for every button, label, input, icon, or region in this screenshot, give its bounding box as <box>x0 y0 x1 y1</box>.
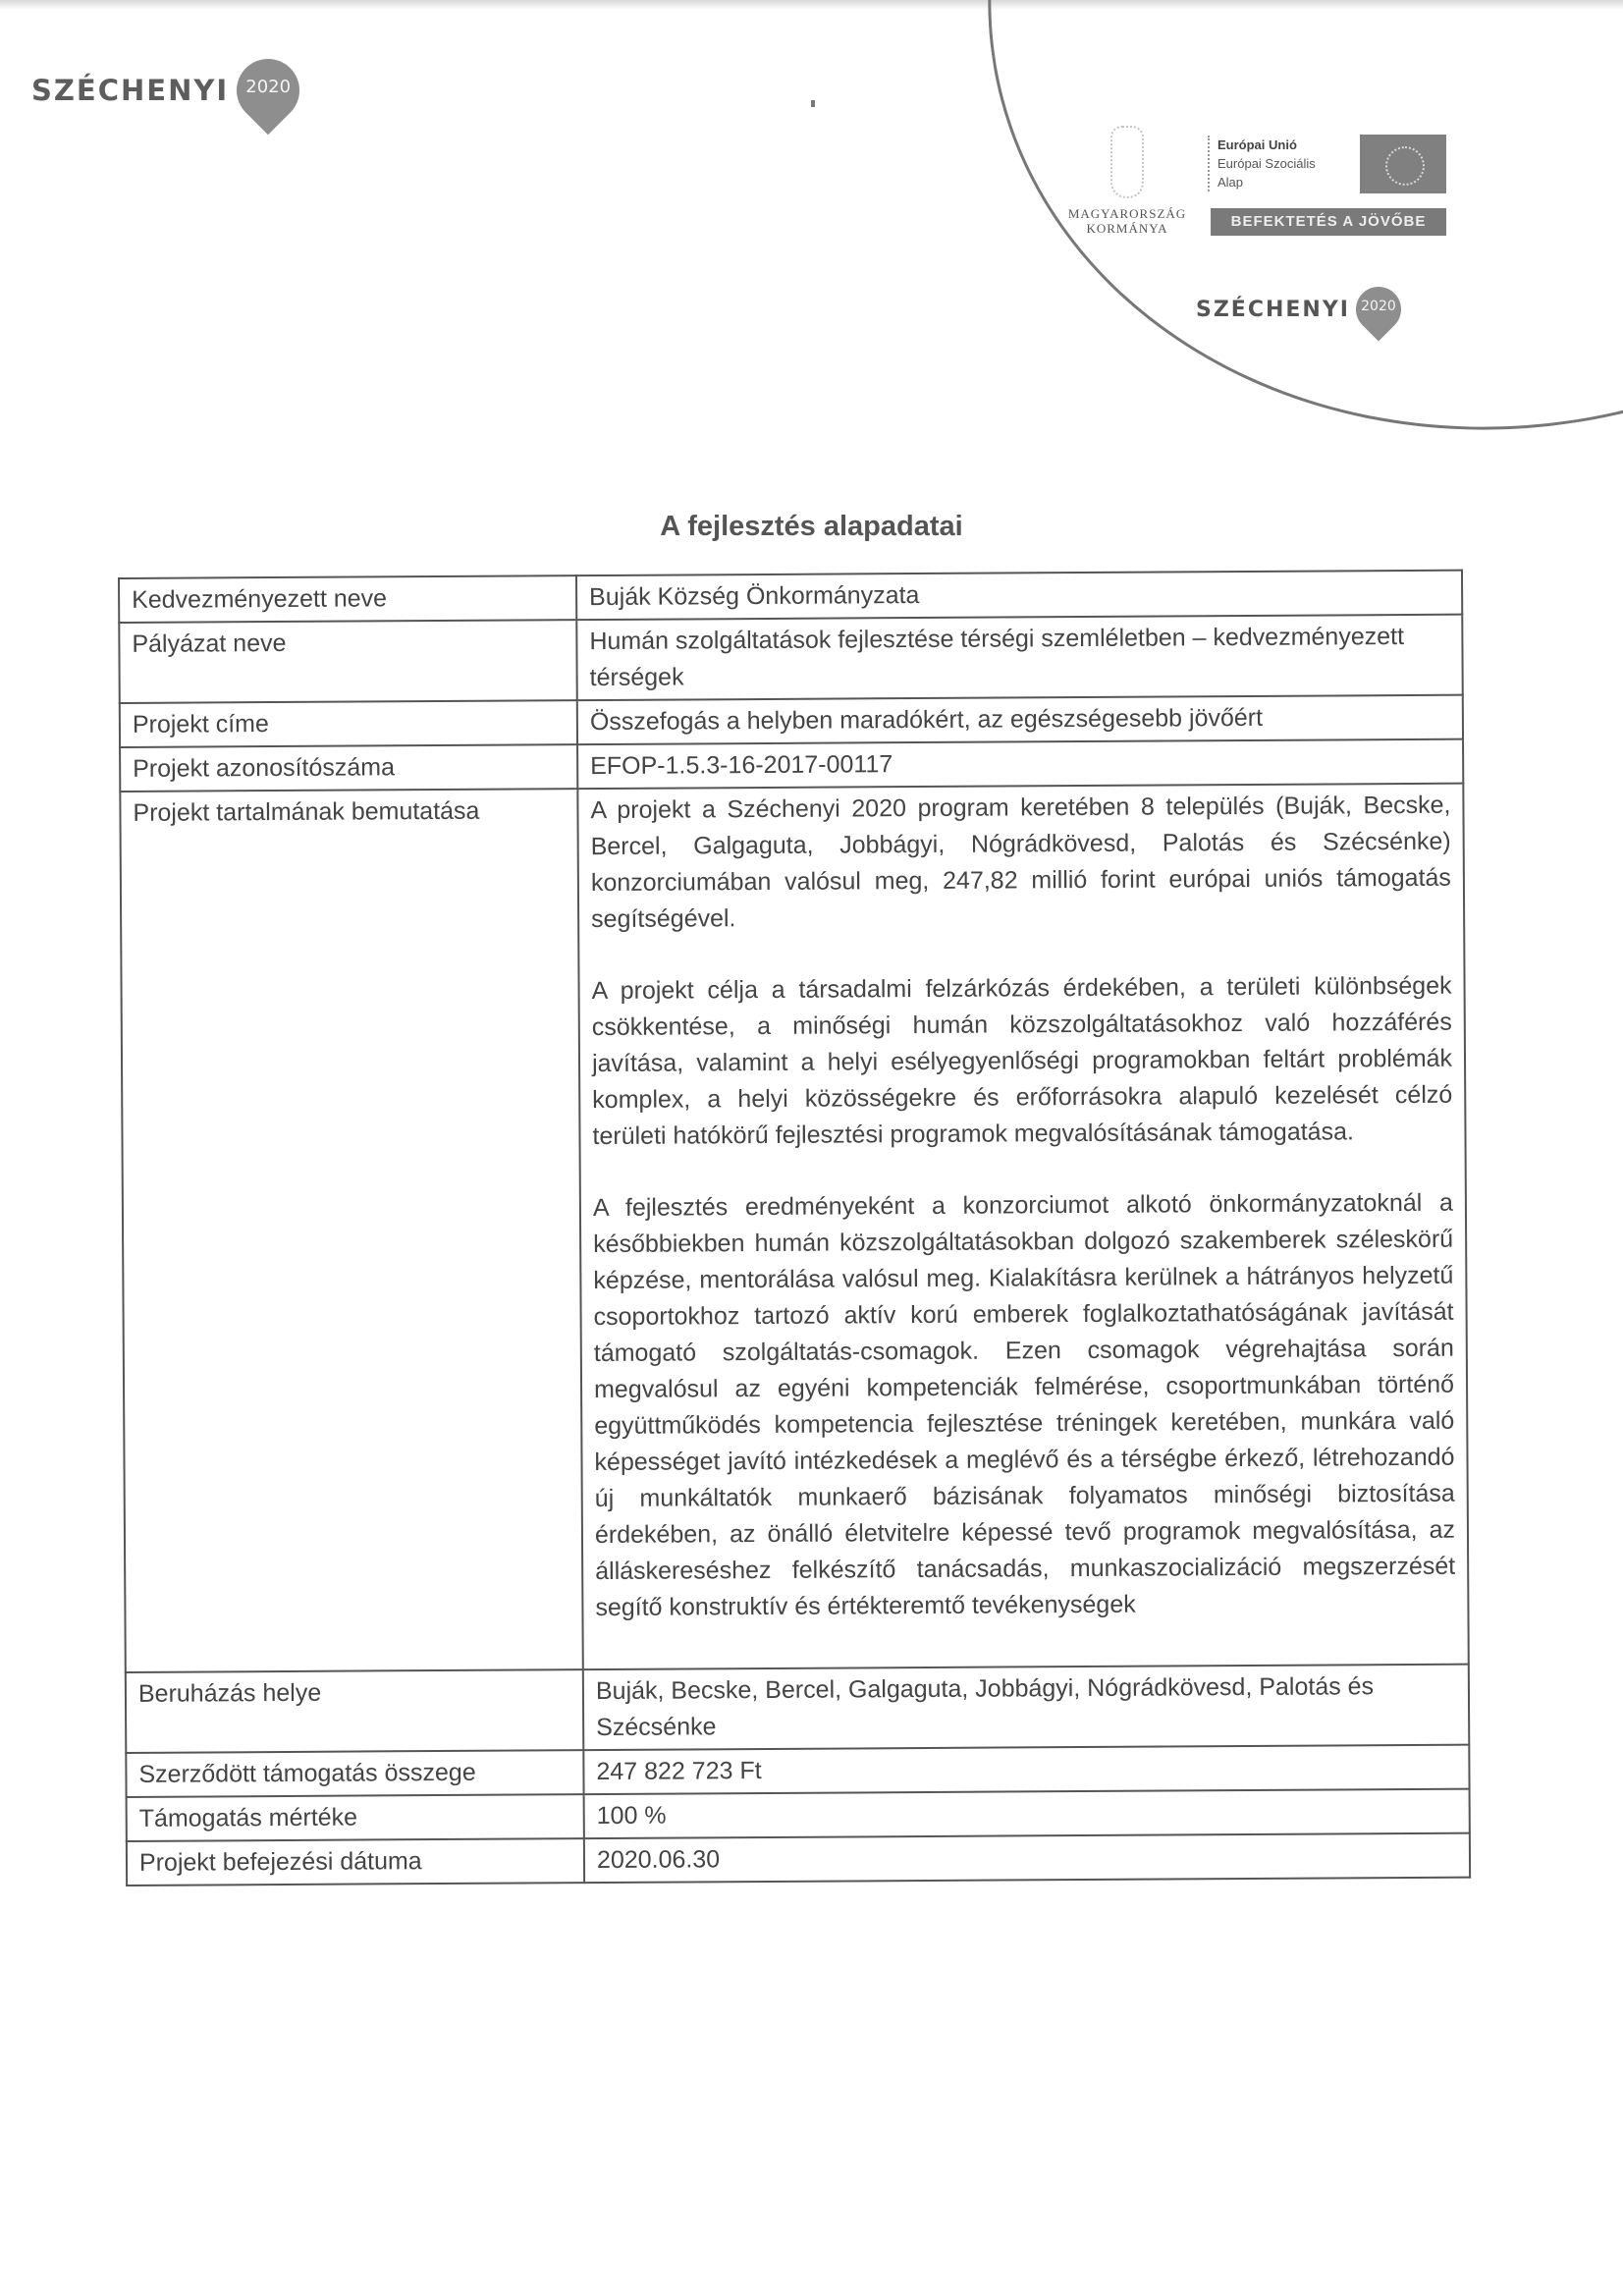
szechenyi-wordmark: SZÉCHENYI <box>31 74 229 107</box>
row-label: Pályázat neve <box>119 620 576 703</box>
eu-title: Európai Unió <box>1217 136 1316 154</box>
eu-line2: Európai Szociális <box>1217 154 1316 173</box>
szechenyi-logo-left: SZÉCHENYI 2020 <box>31 59 299 122</box>
table-row: Projekt befejezési dátuma 2020.06.30 <box>127 1833 1470 1886</box>
row-label: Projekt befejezési dátuma <box>127 1838 584 1886</box>
description-paragraph: A projekt célja a társadalmi felzárkózás… <box>591 968 1452 1155</box>
invest-banner: BEFEKTETÉS A JÖVŐBE <box>1211 208 1446 236</box>
project-data-table: Kedvezményezett neve Buják Község Önkorm… <box>118 570 1471 1886</box>
page-title: A fejlesztés alapadatai <box>0 511 1623 543</box>
eu-line3: Alap <box>1217 173 1316 191</box>
row-value: EFOP-1.5.3-16-2017-00117 <box>577 739 1463 790</box>
row-value: Buják, Becske, Bercel, Galgaguta, Jobbág… <box>583 1665 1469 1751</box>
project-description: A projekt a Széchenyi 2020 program keret… <box>577 784 1468 1669</box>
government-line2: KORMÁNYA <box>1058 221 1196 236</box>
description-paragraph: A projekt a Széchenyi 2020 program keret… <box>590 788 1451 938</box>
row-label: Beruházás helye <box>126 1669 583 1753</box>
szechenyi-logo-right: SZÉCHENYI 2020 <box>1196 287 1401 332</box>
row-value: 247 822 723 Ft <box>583 1745 1469 1795</box>
table-row: Pályázat neve Humán szolgáltatások fejle… <box>119 615 1462 703</box>
row-value: Buják Község Önkormányzata <box>576 571 1462 621</box>
row-value: 2020.06.30 <box>584 1833 1470 1884</box>
row-label: Projekt tartalmának bemutatása <box>120 789 582 1672</box>
row-label: Támogatás mértéke <box>127 1794 584 1841</box>
eu-flag-icon <box>1360 135 1446 193</box>
table-row: Projekt tartalmának bemutatása A projekt… <box>120 784 1468 1672</box>
logo-year: 2020 <box>1356 299 1401 314</box>
logo-year: 2020 <box>237 77 299 97</box>
row-label: Projekt címe <box>120 700 577 747</box>
government-logo: MAGYARORSZÁG KORMÁNYA <box>1058 126 1196 236</box>
row-value: Összefogás a helyben maradókért, az egés… <box>577 695 1463 745</box>
description-paragraph: A fejlesztés eredményeként a konzorciumo… <box>593 1185 1456 1626</box>
map-pin-icon: 2020 <box>237 59 299 122</box>
row-label: Kedvezményezett neve <box>119 575 576 623</box>
row-value: 100 % <box>584 1789 1470 1839</box>
table-row: Beruházás helye Buják, Becske, Bercel, G… <box>126 1665 1469 1753</box>
szechenyi-wordmark: SZÉCHENYI <box>1196 298 1350 322</box>
scan-speck <box>811 100 815 107</box>
decorative-arc <box>930 0 1623 496</box>
eu-fund-text: Európai Unió Európai Szociális Alap <box>1208 136 1316 191</box>
row-value: Humán szolgáltatások fejlesztése térségi… <box>576 615 1462 701</box>
coat-of-arms-icon <box>1110 126 1144 198</box>
government-line1: MAGYARORSZÁG <box>1058 206 1196 221</box>
map-pin-icon: 2020 <box>1356 287 1401 332</box>
row-label: Projekt azonosítószáma <box>120 744 577 792</box>
row-label: Szerződött támogatás összege <box>126 1750 583 1797</box>
